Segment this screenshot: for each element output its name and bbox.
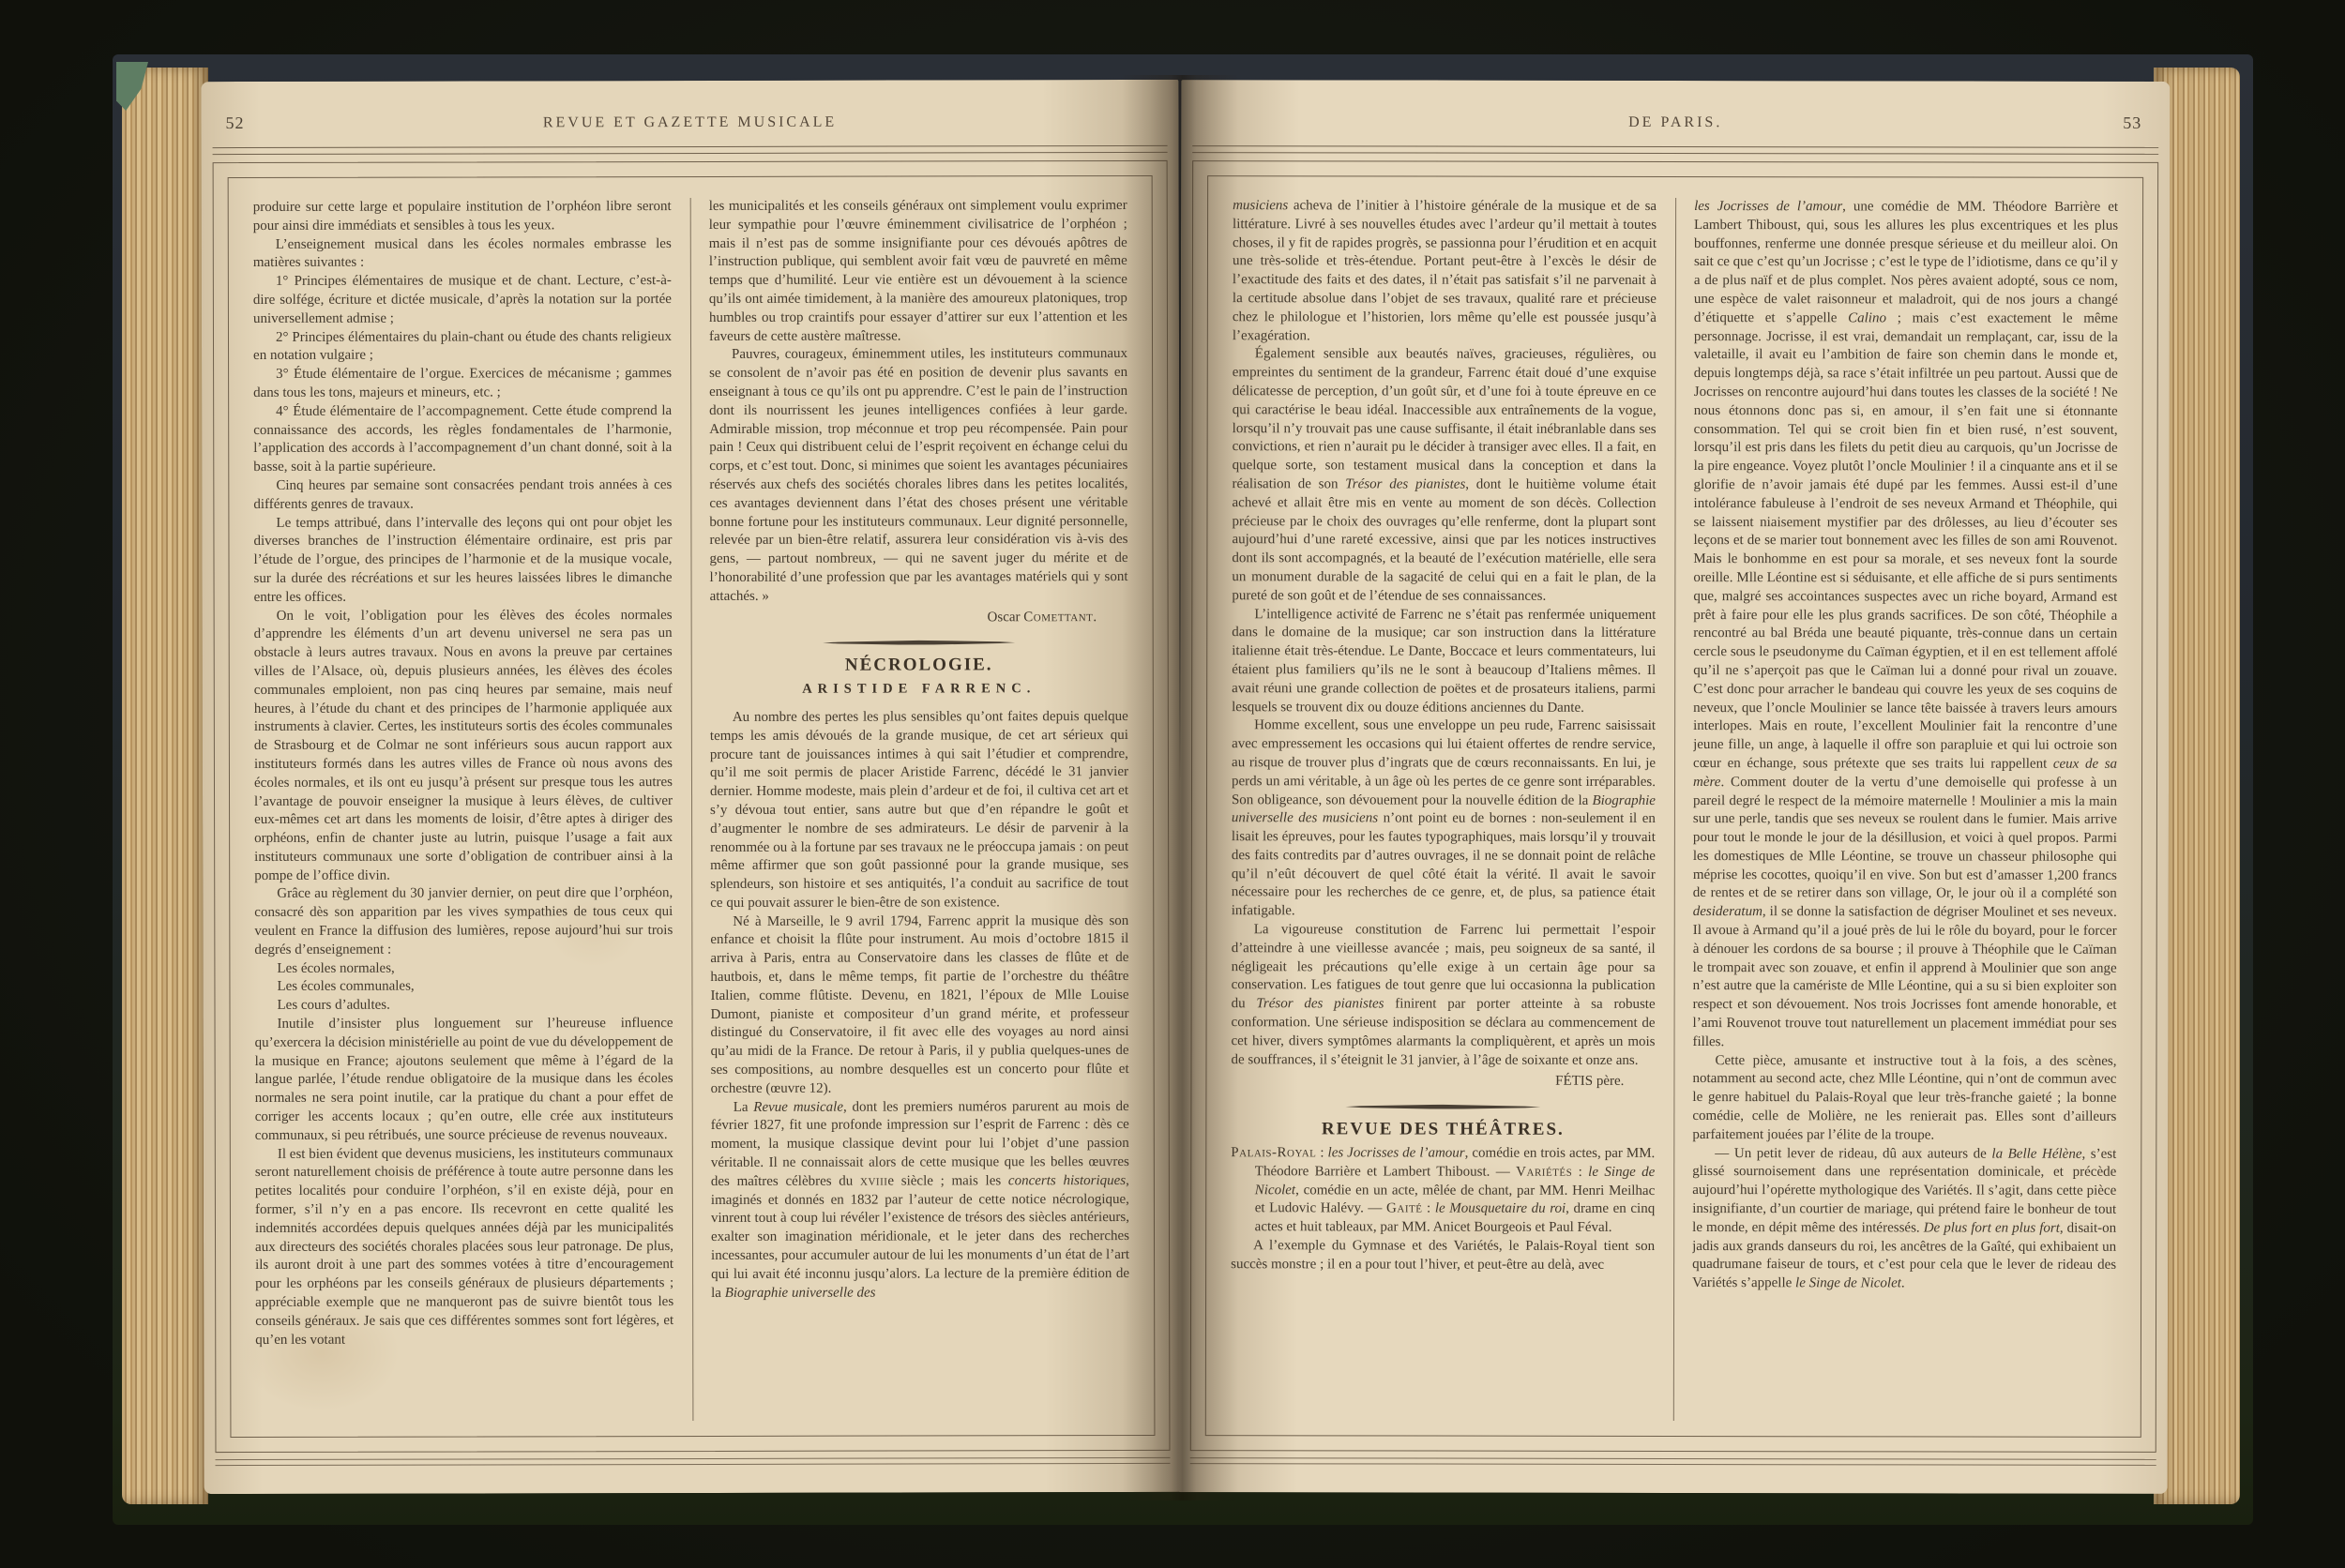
- list-line: Les écoles communales,: [254, 978, 673, 998]
- head-rule: [1192, 145, 2158, 155]
- paragraph: Cette pièce, amusante et instructive tou…: [1692, 1052, 2116, 1146]
- paragraph: les Jocrisses de l’amour, une comédie de…: [1693, 198, 2119, 1052]
- paragraph: produire sur cette large et populaire in…: [253, 198, 672, 236]
- page-edges-left: [122, 68, 208, 1504]
- paragraph: Grâce au règlement du 30 janvier dernier…: [254, 885, 673, 960]
- column-divider: [689, 198, 693, 1421]
- foot-rule: [216, 1457, 1171, 1466]
- head-rule: [213, 145, 1168, 155]
- text-column-1: produire sur cette large et populaire in…: [253, 198, 674, 1422]
- paragraph: 3° Étude élémentaire de l’orgue. Exercic…: [253, 365, 672, 403]
- right-page: DE PARIS. 53 musiciens acheva de l’initi…: [1179, 80, 2171, 1494]
- text-column-3: musiciens acheva de l’initier à l’histoi…: [1231, 197, 1657, 1421]
- scanned-book-photo: 52 REVUE ET GAZETTE MUSICALE produire su…: [0, 0, 2345, 1568]
- foot-rule: [1190, 1457, 2156, 1466]
- list-line: Les cours d’adultes.: [254, 996, 673, 1016]
- paragraph: 2° Principes élémentaires du plain-chant…: [253, 328, 672, 367]
- signature-oscar-comettant: Oscar Comettant.: [710, 609, 1128, 628]
- paragraph: Le temps attribué, dans l’intervalle des…: [253, 514, 672, 608]
- running-head-right: DE PARIS. 53: [1181, 112, 2170, 142]
- paragraph: Au nombre des pertes les plus sensibles …: [710, 708, 1128, 913]
- paragraph: L’intelligence activité de Farrenc ne s’…: [1232, 606, 1656, 718]
- paragraph: Également sensible aux beautés naïves, g…: [1232, 346, 1656, 607]
- paragraph: Homme excellent, sous une enveloppe un p…: [1232, 716, 1656, 922]
- paragraph: les municipalités et les conseils généra…: [709, 197, 1127, 346]
- page-number: 53: [2123, 113, 2141, 133]
- paragraph: musiciens acheva de l’initier à l’histoi…: [1233, 197, 1657, 346]
- running-title: REVUE ET GAZETTE MUSICALE: [201, 113, 1178, 132]
- paragraph: 4° Étude élémentaire de l’accompagnement…: [253, 402, 672, 477]
- running-head-left: 52 REVUE ET GAZETTE MUSICALE: [201, 112, 1178, 142]
- section-subheading-aristide-farrenc: ARISTIDE FARRENC.: [710, 680, 1128, 700]
- column-divider: [1672, 198, 1675, 1421]
- paragraph: La Revue musicale, dont les premiers num…: [711, 1098, 1129, 1304]
- running-title: DE PARIS.: [1181, 113, 2170, 132]
- page-frame: produire sur cette large et populaire in…: [213, 160, 1171, 1453]
- paragraph: La vigoureuse constitution de Farrenc lu…: [1231, 921, 1655, 1070]
- list-line: Les écoles normales,: [254, 959, 673, 979]
- text-column-2: les municipalités et les conseils généra…: [709, 197, 1130, 1421]
- paragraph: — Un petit lever de rideau, dû aux auteu…: [1692, 1145, 2116, 1294]
- paragraph: Cinq heures par semaine sont consacrées …: [253, 476, 672, 515]
- paragraph: L’enseignement musical dans les écoles n…: [253, 235, 672, 274]
- text-column-4: les Jocrisses de l’amour, une comédie de…: [1692, 198, 2118, 1422]
- paragraph: Inutile d’insister plus longuement sur l…: [255, 1015, 673, 1146]
- section-divider-rule: [1345, 1105, 1540, 1109]
- section-heading-necrologie: NÉCROLOGIE.: [710, 656, 1128, 675]
- paragraph: Pauvres, courageux, éminemment utiles, l…: [709, 345, 1128, 606]
- paragraph: A l’exemple du Gymnase et des Variétés, …: [1231, 1237, 1655, 1274]
- section-heading-revue-des-theatres: REVUE DES THÉÂTRES.: [1231, 1120, 1655, 1139]
- paragraph: Il est bien évident que devenus musicien…: [255, 1145, 673, 1350]
- paragraph: 1° Principes élémentaires de musique et …: [253, 272, 672, 328]
- section-divider-rule: [823, 641, 1015, 645]
- page-frame-inner: produire sur cette large et populaire in…: [228, 175, 1156, 1438]
- left-page: 52 REVUE ET GAZETTE MUSICALE produire su…: [201, 80, 1181, 1494]
- theatre-listing: Palais-Royal : les Jocrisses de l’amour,…: [1231, 1144, 1655, 1238]
- paragraph: On le voit, l’obligation pour les élèves…: [254, 607, 673, 886]
- page-frame: musiciens acheva de l’initier à l’histoi…: [1190, 160, 2158, 1453]
- paragraph: Né à Marseille, le 9 avril 1794, Farrenc…: [710, 912, 1128, 1099]
- signature-fetis-pere: FÉTIS père.: [1231, 1073, 1655, 1093]
- page-frame-inner: musiciens acheva de l’initier à l’histoi…: [1205, 175, 2143, 1438]
